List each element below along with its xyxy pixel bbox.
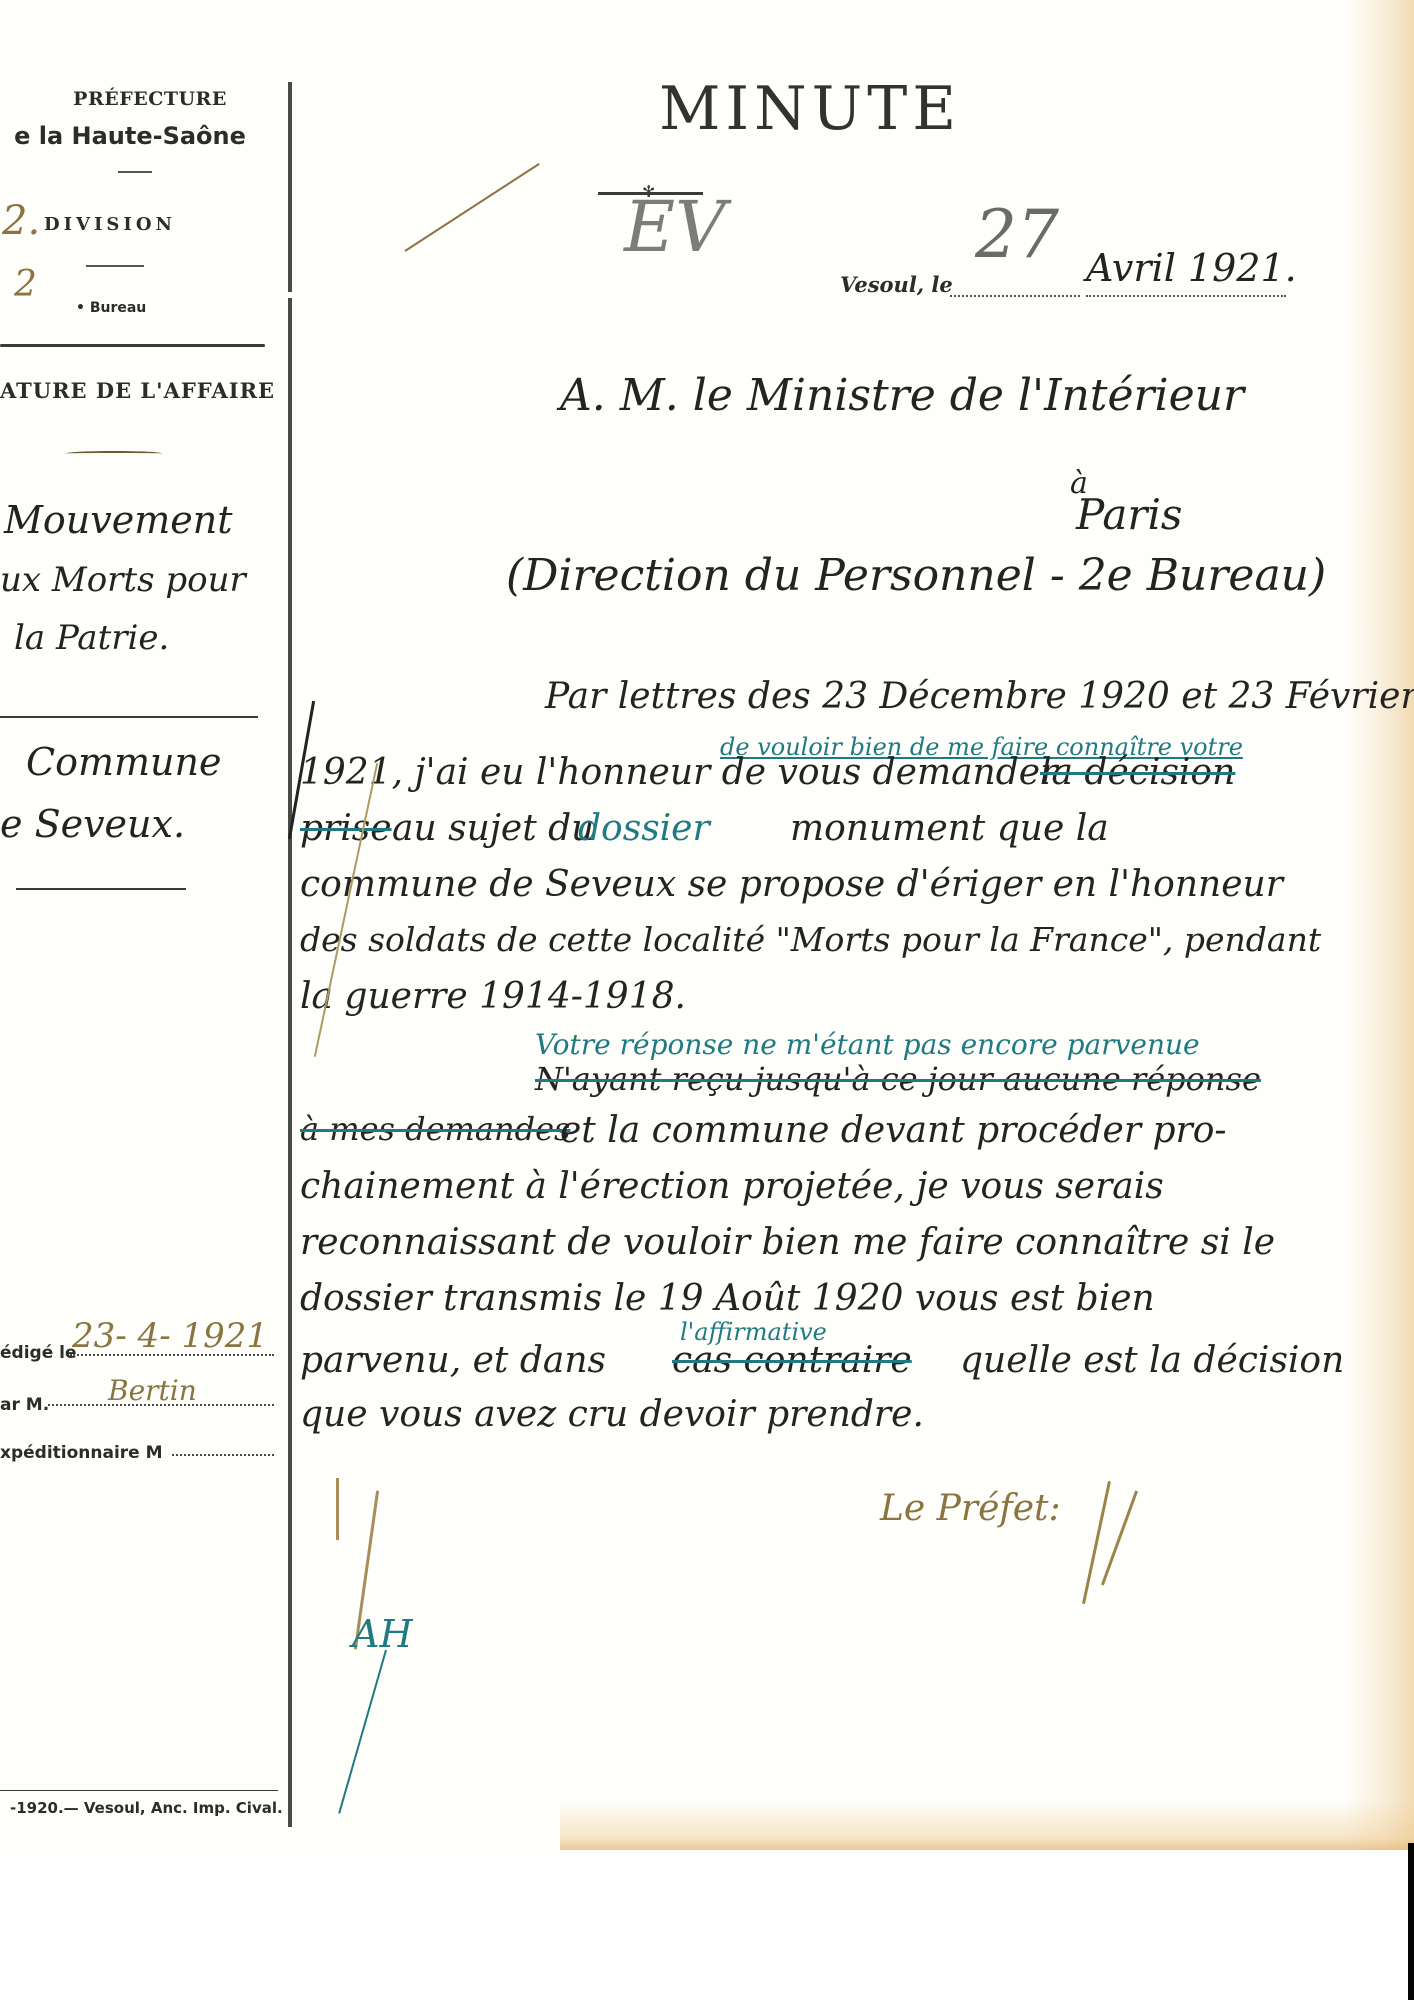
subject-line: Mouvement — [4, 498, 232, 542]
section-rule — [16, 888, 186, 890]
paper-stain-right — [1344, 0, 1414, 1850]
margin-paraph — [336, 1478, 339, 1540]
body-line: monument que la — [790, 808, 1109, 849]
bureau-number: 2 — [14, 264, 37, 305]
commune-line: Commune — [26, 740, 221, 784]
teal-initials-tail — [338, 1650, 387, 1814]
division-label: DIVISION — [44, 214, 176, 235]
bureau-label: • Bureau — [76, 300, 146, 316]
prefecture-title: PRÉFECTURE — [30, 88, 270, 110]
struck-text: la décision — [1040, 752, 1235, 793]
body-line: commune de Seveux se propose d'ériger en… — [300, 864, 1283, 905]
expeditionnaire-label: xpéditionnaire M — [0, 1443, 163, 1463]
paper-stain-bottom — [560, 1800, 1414, 1850]
body-line: au sujet du — [392, 808, 594, 849]
addressee-line: A. M. le Ministre de l'Intérieur — [560, 370, 1244, 421]
body-line: quelle est la décision — [960, 1340, 1344, 1381]
document-title: MINUTE — [540, 74, 1080, 144]
margin-pen-stroke — [404, 163, 539, 252]
grey-pencil-initials: EV — [624, 186, 726, 268]
document-page: PRÉFECTURE e la Haute-Saône 2. DIVISION … — [0, 0, 1414, 1850]
ornament-divider — [86, 265, 144, 267]
prefet-paraph — [1082, 1481, 1111, 1604]
body-line: parvenu, et dans — [300, 1340, 606, 1381]
division-number: 2. — [2, 198, 40, 244]
par-label: ar M. — [0, 1395, 49, 1415]
body-line: 1921, j'ai eu l'honneur de vous demander — [300, 752, 1057, 793]
body-line: reconnaissant de vouloir bien me faire c… — [300, 1222, 1275, 1263]
section-rule — [0, 716, 258, 718]
addressee-city: Paris — [1076, 490, 1182, 539]
struck-text: cas contraire — [672, 1340, 912, 1381]
struck-text: prise — [300, 808, 392, 849]
commune-line: e Seveux. — [0, 802, 185, 846]
redacteur-signature: Bertin — [108, 1374, 197, 1407]
expeditionnaire-dotted-line — [172, 1454, 274, 1456]
prefet-signature-label: Le Préfet: — [880, 1488, 1061, 1529]
section-rule — [0, 344, 265, 347]
ornament-squiggle — [66, 451, 162, 456]
teal-insertion: Votre réponse ne m'étant pas encore parv… — [535, 1028, 1200, 1061]
printer-footer: -1920.— Vesoul, Anc. Imp. Cival. — [10, 1799, 283, 1817]
date-month-year: Avril 1921. — [1086, 246, 1297, 290]
prefecture-department: e la Haute-Saône — [0, 122, 270, 150]
place-label: Vesoul, le — [840, 272, 953, 297]
struck-text: N'ayant reçu jusqu'à ce jour aucune répo… — [535, 1060, 1261, 1098]
column-divider — [288, 82, 292, 1827]
date-day: 27 — [975, 196, 1059, 273]
teal-insertion: dossier — [578, 808, 710, 849]
body-line: Par lettres des 23 Décembre 1920 et 23 F… — [545, 676, 1414, 717]
prefet-paraph — [1101, 1491, 1138, 1586]
subject-line: la Patrie. — [14, 618, 169, 658]
addressee-direction: (Direction du Personnel - 2e Bureau) — [506, 550, 1326, 601]
footer-rule — [0, 1790, 278, 1791]
body-line: des soldats de cette localité "Morts pou… — [300, 920, 1321, 959]
ornament-divider — [118, 171, 152, 173]
divider-gap — [286, 292, 294, 298]
subject-line: ux Morts pour — [0, 560, 246, 600]
body-line: que vous avez cru devoir prendre. — [300, 1394, 924, 1435]
nature-affaire-header: ATURE DE L'AFFAIRE — [0, 378, 260, 403]
date-month-line — [1086, 295, 1286, 297]
body-line: et la commune devant procéder pro- — [560, 1110, 1227, 1151]
struck-text: à mes demandes — [300, 1110, 570, 1148]
scan-edge — [1408, 1843, 1414, 2000]
teal-initials: AH — [352, 1612, 413, 1656]
body-line: chainement à l'érection projetée, je vou… — [300, 1166, 1164, 1207]
redige-label: édigé le — [0, 1343, 77, 1363]
body-line: la guerre 1914-1918. — [300, 976, 686, 1017]
redige-date: 23- 4- 1921 — [72, 1316, 268, 1356]
date-day-line — [950, 295, 1080, 297]
body-line: dossier transmis le 19 Août 1920 vous es… — [300, 1278, 1155, 1319]
